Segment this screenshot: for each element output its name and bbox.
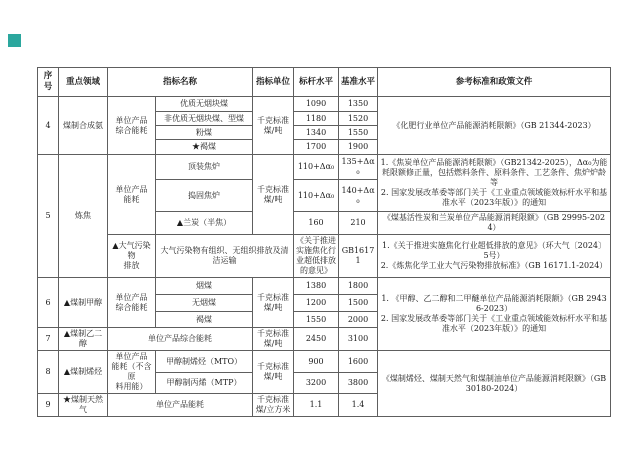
row6-unit: 千克标准 煤/吨 (253, 278, 294, 328)
row8-item0-name: 甲醇制烯烃（MTO） (156, 351, 253, 373)
row5-air-reference: 1.《关于推进实施焦化行业超低排放的意见》（环大气〔2024〕5号） 2.《炼焦… (378, 235, 611, 278)
row5-reference-coke: 1.《焦炭单位产品能源消耗限额》（GB21342-2025），Δα₀为能耗限额修… (378, 155, 611, 212)
row4-item3-benchmark: 1700 (294, 140, 339, 155)
row8-item1-baseline: 3800 (339, 373, 378, 394)
row8-unit: 千克标准 煤/吨 (253, 351, 294, 394)
row5-item0-baseline: 135+Δα₀ (339, 155, 378, 180)
row9-benchmark: 1.1 (294, 394, 339, 417)
row5-subcategory: 单位产品 能耗 (108, 155, 156, 235)
table-row: 4 煤制合成氨 单位产品 综合能耗 优质无烟块煤 千克标准 煤/吨 1090 1… (38, 97, 611, 112)
row4-item3-name: ★褐煤 (156, 140, 253, 155)
table-row: 6 ▲煤制甲醇 单位产品 综合能耗 烟煤 千克标准 煤/吨 1380 1800 … (38, 278, 611, 295)
row6-item2-name: 褐煤 (156, 312, 253, 328)
row4-item0-baseline: 1350 (339, 97, 378, 112)
row5-unit: 千克标准 煤/吨 (253, 155, 294, 235)
col-header-no: 序 号 (38, 68, 59, 97)
row4-area: 煤制合成氨 (59, 97, 108, 155)
row5-item0-benchmark: 110+Δα₀ (294, 155, 339, 180)
row7-unit: 千克标准 煤/吨 (253, 328, 294, 351)
col-header-benchmark: 标杆水平 (294, 68, 339, 97)
row8-item0-baseline: 1600 (339, 351, 378, 373)
benchmark-table: 序 号 重点领域 指标名称 指标单位 标杆水平 基准水平 参考标准和政策文件 4… (37, 67, 611, 417)
table-row: 8 ▲煤制烯烃 单位产品 能耗（不含原 料用能） 甲醇制烯烃（MTO） 千克标准… (38, 351, 611, 373)
row6-area: ▲煤制甲醇 (59, 278, 108, 328)
row6-item2-baseline: 2000 (339, 312, 378, 328)
row9-unit: 千克标准 煤/立方米 (253, 394, 294, 417)
row6-item0-benchmark: 1380 (294, 278, 339, 295)
row8-area: ▲煤制烯烃 (59, 351, 108, 394)
row4-item2-baseline: 1550 (339, 126, 378, 140)
row4-subcategory: 单位产品 综合能耗 (108, 97, 156, 155)
row9-baseline: 1.4 (339, 394, 378, 417)
row4-unit: 千克标准 煤/吨 (253, 97, 294, 155)
row4-item0-benchmark: 1090 (294, 97, 339, 112)
row5-air-benchmark: 《关于推进实施焦化行业超低排放的意见》 (294, 235, 339, 278)
row7-area: ▲煤制乙二醇 (59, 328, 108, 351)
row5-air-subcategory: ▲大气污染物 排放 (108, 235, 156, 278)
row4-item2-benchmark: 1340 (294, 126, 339, 140)
row6-no: 6 (38, 278, 59, 328)
row4-no: 4 (38, 97, 59, 155)
row6-item1-name: 无烟煤 (156, 295, 253, 312)
row6-item1-baseline: 1500 (339, 295, 378, 312)
row5-item1-baseline: 140+Δα₀ (339, 180, 378, 212)
table-row: ▲大气污染物 排放 大气污染物有组织、无组织排放及清洁运输 《关于推进实施焦化行… (38, 235, 611, 278)
row4-reference: 《化肥行业单位产品能源消耗限额》（GB 21344-2023） (378, 97, 611, 155)
row6-item2-benchmark: 1550 (294, 312, 339, 328)
row6-item0-name: 烟煤 (156, 278, 253, 295)
row5-item2-name: ▲兰炭（半焦） (156, 212, 253, 235)
row7-no: 7 (38, 328, 59, 351)
row4-item1-baseline: 1520 (339, 112, 378, 126)
row4-item1-benchmark: 1180 (294, 112, 339, 126)
row8-item0-benchmark: 900 (294, 351, 339, 373)
row4-item2-name: 粉煤 (156, 126, 253, 140)
row6-subcategory: 单位产品 综合能耗 (108, 278, 156, 328)
row6-item1-benchmark: 1200 (294, 295, 339, 312)
row7-baseline: 3100 (339, 328, 378, 351)
row9-indicator: 单位产品能耗 (108, 394, 253, 417)
header-row: 序 号 重点领域 指标名称 指标单位 标杆水平 基准水平 参考标准和政策文件 (38, 68, 611, 97)
table-row: 5 炼焦 单位产品 能耗 顶装焦炉 千克标准 煤/吨 110+Δα₀ 135+Δ… (38, 155, 611, 180)
row8-9-reference: 《煤制烯烃、煤制天然气和煤制油单位产品能源消耗限额》（GB 30180-2024… (378, 351, 611, 417)
col-header-unit: 指标单位 (253, 68, 294, 97)
row5-item1-benchmark: 110+Δα₀ (294, 180, 339, 212)
row4-item1-name: 非优质无烟块煤、型煤 (156, 112, 253, 126)
row5-area: 炼焦 (59, 155, 108, 278)
row5-item1-name: 捣固焦炉 (156, 180, 253, 212)
row4-item0-name: 优质无烟块煤 (156, 97, 253, 112)
row5-item0-name: 顶装焦炉 (156, 155, 253, 180)
row5-item2-benchmark: 160 (294, 212, 339, 235)
row9-area: ★煤制天然气 (59, 394, 108, 417)
row7-indicator: 单位产品综合能耗 (108, 328, 253, 351)
row8-no: 8 (38, 351, 59, 394)
col-header-reference: 参考标准和政策文件 (378, 68, 611, 97)
row6-item0-baseline: 1800 (339, 278, 378, 295)
col-header-baseline: 基准水平 (339, 68, 378, 97)
row6-7-reference: 1. 《甲醇、乙二醇和二甲醚单位产品能源消耗限额》（GB 29436-2023）… (378, 278, 611, 351)
teal-square-marker (8, 34, 21, 47)
row5-air-indicator: 大气污染物有组织、无组织排放及清洁运输 (156, 235, 294, 278)
row5-reference-semicoke: 《煤基活性炭和兰炭单位产品能源消耗限额》（GB 29995-2024） (378, 212, 611, 235)
row8-item1-name: 甲醇制丙烯（MTP） (156, 373, 253, 394)
col-header-indicator: 指标名称 (108, 68, 253, 97)
row5-item2-baseline: 210 (339, 212, 378, 235)
row8-subcategory: 单位产品 能耗（不含原 料用能） (108, 351, 156, 394)
row7-benchmark: 2450 (294, 328, 339, 351)
col-header-area: 重点领域 (59, 68, 108, 97)
row4-item3-baseline: 1900 (339, 140, 378, 155)
row9-no: 9 (38, 394, 59, 417)
row8-item1-benchmark: 3200 (294, 373, 339, 394)
row5-air-baseline: GB16171 (339, 235, 378, 278)
row5-no: 5 (38, 155, 59, 278)
